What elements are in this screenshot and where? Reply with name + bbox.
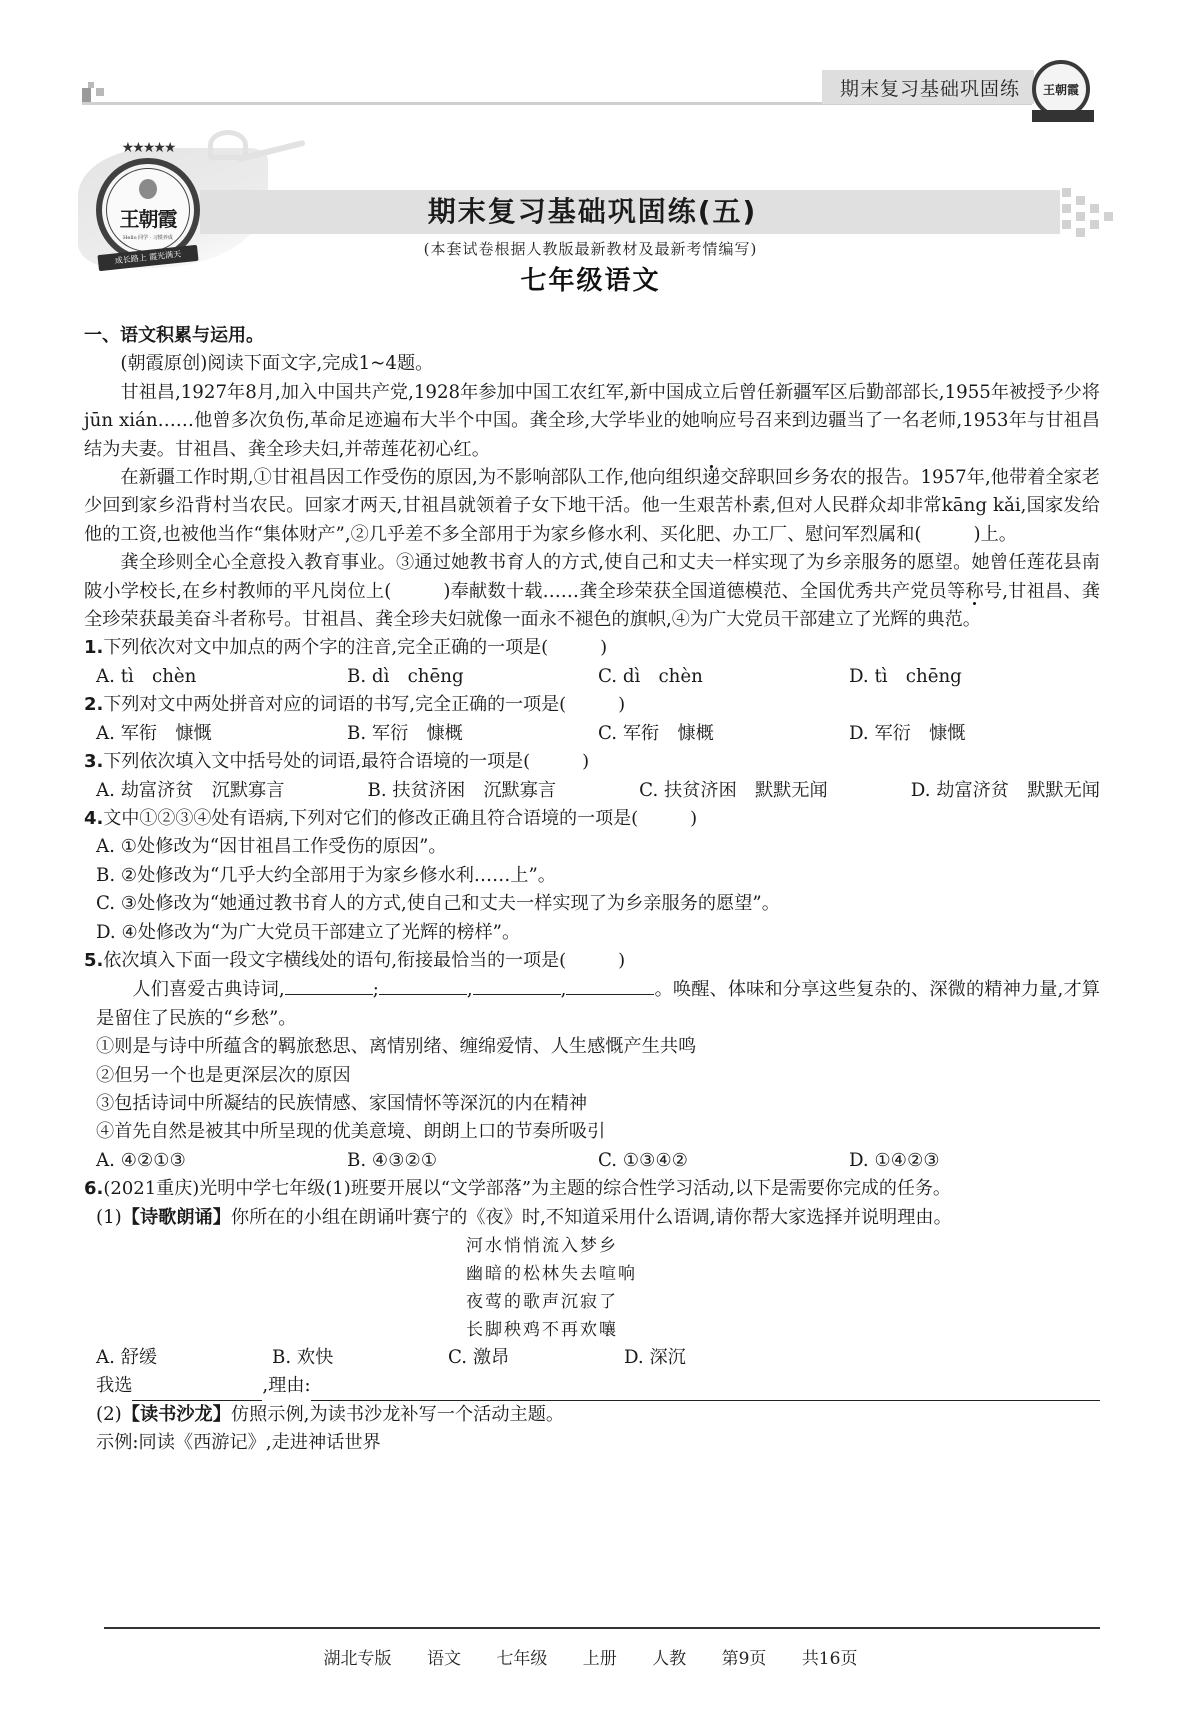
logo-stars-icon: ★★★★★ (108, 140, 188, 156)
question-number: 1. (84, 637, 103, 658)
option-a[interactable]: A. ④②①③ (96, 1147, 347, 1175)
section-heading: 一、语文积累与运用。 (84, 322, 1100, 350)
reason-label: ,理由: (262, 1372, 310, 1400)
subtask-label: 【读书沙龙】 (122, 1404, 231, 1425)
options-q1: A. tì chèn B. dì chēng C. dì chèn D. tì … (84, 663, 1100, 691)
sentence-2: ②但另一个也是更深层次的原因 (84, 1062, 1100, 1090)
option-b[interactable]: B. 欢快 (272, 1344, 448, 1372)
passage-paragraph-2: 在新疆工作时期,①甘祖昌因工作受伤的原因,为不影响部队工作,他向组织递交辞职回乡… (84, 464, 1100, 549)
answer-line: 我选 ,理由: (84, 1372, 1100, 1400)
footer-grade: 七年级 (496, 1649, 547, 1669)
option-a[interactable]: A. 劫富济贫 沉默寡言 (96, 777, 284, 805)
footer-rule (104, 1627, 1100, 1629)
document-grade: 七年级语文 (0, 260, 1181, 297)
question-stem-end: ) (582, 751, 589, 772)
subtask-text: 你所在的小组在朗诵叶赛宁的《夜》时,不知道采用什么语调,请你帮大家选择并说明理由… (231, 1207, 952, 1228)
question-stem-end: ) (618, 950, 625, 971)
options-q5: A. ④②①③ B. ④③②① C. ①③④② D. ①④②③ (84, 1147, 1100, 1175)
question-stem-end: ) (690, 808, 697, 829)
footer-edition: 湖北专版 (324, 1649, 392, 1669)
answer-prefix: 我选 (96, 1372, 132, 1400)
question-number: 6. (84, 1178, 103, 1199)
subtask-prefix: (1) (96, 1207, 122, 1228)
poem: 河水悄悄流入梦乡 幽暗的松林失去喧响 夜莺的歌声沉寂了 长脚秧鸡不再欢嚷 (84, 1232, 1100, 1344)
option-c[interactable]: C. dì chèn (598, 663, 849, 691)
option-c[interactable]: C. ①③④② (598, 1147, 849, 1175)
question-1: 1.下列依次对文中加点的两个字的注音,完全正确的一项是() (84, 634, 1100, 662)
running-header-label: 期末复习基础巩固练 (822, 70, 1034, 104)
question-2: 2.下列对文中两处拼音对应的词语的书写,完全正确的一项是() (84, 691, 1100, 719)
fill-passage: 人们喜爱古典诗词,;,,。唤醒、体味和分享这些复杂的、深微的精神力量,才算是留住… (84, 975, 1100, 1033)
option-d[interactable]: D. tì chēng (849, 663, 1100, 691)
subtask-prefix: (2) (96, 1404, 122, 1425)
option-d[interactable]: D. 军衍 慷慨 (849, 720, 1100, 748)
question-stem: 依次填入下面一段文字横线处的语句,衔接最恰当的一项是( (103, 950, 566, 971)
corner-decoration (82, 88, 91, 102)
question-number: 3. (84, 751, 103, 772)
options-q2: A. 军衔 慷慨 B. 军衍 慷概 C. 军衔 慷概 D. 军衍 慷慨 (84, 720, 1100, 748)
option-d[interactable]: D. 深沉 (624, 1344, 800, 1372)
question-stem: 下列对文中两处拼音对应的词语的书写,完全正确的一项是( (103, 694, 566, 715)
reason-blank[interactable] (311, 1379, 1100, 1401)
document-title: 期末复习基础巩固练(五) (0, 190, 1181, 234)
blank-line-3[interactable] (473, 975, 561, 995)
option-b[interactable]: B. 军衍 慷概 (347, 720, 598, 748)
options-q6-1: A. 舒缓 B. 欢快 C. 激昂 D. 深沉 (84, 1344, 1100, 1372)
example-text: 示例:同读《西游记》,走进神话世界 (84, 1429, 1100, 1457)
option-b[interactable]: B. 扶贫济困 沉默寡言 (367, 777, 556, 805)
option-d[interactable]: D. ④处修改为“为广大党员干部建立了光辉的榜样”。 (84, 919, 1100, 947)
sentence-4: ④首先自然是被其中所呈现的优美意境、朗朗上口的节奏所吸引 (84, 1118, 1100, 1146)
question-3: 3.下列依次填入文中括号处的词语,最符合语境的一项是() (84, 748, 1100, 776)
dotted-character: 称 (965, 581, 983, 602)
question-number: 2. (84, 694, 103, 715)
option-c[interactable]: C. 军衔 慷概 (598, 720, 849, 748)
blank-line-4[interactable] (566, 975, 654, 995)
passage-text: )上。 (974, 524, 1017, 545)
question-stem-end: ) (618, 694, 625, 715)
option-c[interactable]: C. 扶贫济困 默默无闻 (639, 777, 828, 805)
question-4: 4.文中①②③④处有语病,下列对它们的修改正确且符合语境的一项是() (84, 805, 1100, 833)
options-q3: A. 劫富济贫 沉默寡言 B. 扶贫济困 沉默寡言 C. 扶贫济困 默默无闻 D… (84, 777, 1100, 805)
option-d[interactable]: D. 劫富济贫 默默无闻 (911, 777, 1100, 805)
footer-volume: 上册 (583, 1649, 617, 1669)
option-c[interactable]: C. 激昂 (448, 1344, 624, 1372)
question-stem: 文中①②③④处有语病,下列对它们的修改正确且符合语境的一项是( (103, 808, 638, 829)
exam-content: 一、语文积累与运用。 (朝霞原创)阅读下面文字,完成1~4题。 甘祖昌,1927… (84, 322, 1100, 1458)
option-d[interactable]: D. ①④②③ (849, 1147, 1100, 1175)
subtask-2: (2)【读书沙龙】仿照示例,为读书沙龙补写一个活动主题。 (84, 1401, 1100, 1429)
subtask-1: (1)【诗歌朗诵】你所在的小组在朗诵叶赛宁的《夜》时,不知道采用什么语调,请你帮… (84, 1204, 1100, 1232)
question-number: 5. (84, 950, 103, 971)
document-subtitle: (本套试卷根据人教版最新教材及最新考情编写) (0, 238, 1181, 259)
footer-subject: 语文 (427, 1649, 461, 1669)
question-stem-end: ) (600, 637, 607, 658)
mini-logo-ribbon (1032, 110, 1094, 122)
sentence-3: ③包括诗词中所凝结的民族情感、家国情怀等深沉的内在精神 (84, 1090, 1100, 1118)
question-stem: 下列依次填入文中括号处的词语,最符合语境的一项是( (103, 751, 530, 772)
question-number: 4. (84, 808, 103, 829)
option-a[interactable]: A. tì chèn (96, 663, 347, 691)
option-a[interactable]: A. 舒缓 (96, 1344, 272, 1372)
option-a[interactable]: A. 军衔 慷慨 (96, 720, 347, 748)
corner-decoration (96, 88, 104, 96)
question-6: 6.(2021重庆)光明中学七年级(1)班要开展以“文学部落”为主题的综合性学习… (84, 1175, 1100, 1203)
subtask-label: 【诗歌朗诵】 (122, 1207, 231, 1228)
option-b[interactable]: B. dì chēng (347, 663, 598, 691)
corner-decoration (88, 82, 94, 88)
blank-line-2[interactable] (379, 975, 467, 995)
reading-instruction: (朝霞原创)阅读下面文字,完成1~4题。 (84, 350, 1100, 378)
passage-text: 在新疆工作时期,①甘祖昌因工作受伤的原因,为不影响部队工作,他向组织 (120, 467, 702, 488)
dotted-character: 递 (702, 467, 720, 488)
passage-paragraph-1: 甘祖昌,1927年8月,加入中国共产党,1928年参加中国工农红军,新中国成立后… (84, 379, 1100, 464)
poem-line: 夜莺的歌声沉寂了 (466, 1288, 1100, 1316)
separator: 。 (654, 979, 672, 1000)
option-a[interactable]: A. ①处修改为“因甘祖昌工作受伤的原因”。 (84, 833, 1100, 861)
option-c[interactable]: C. ③处修改为“她通过教书育人的方式,使自己和丈夫一样实现了为乡亲服务的愿望”… (84, 890, 1100, 918)
passage-paragraph-3: 龚全珍则全心全意投入教育事业。③通过她教书育人的方式,使自己和丈夫一样实现了为乡… (84, 549, 1100, 634)
question-5: 5.依次填入下面一段文字横线处的语句,衔接最恰当的一项是() (84, 947, 1100, 975)
choice-blank[interactable] (132, 1379, 262, 1401)
question-stem: (2021重庆)光明中学七年级(1)班要开展以“文学部落”为主题的综合性学习活动… (103, 1178, 950, 1199)
page-footer: 湖北专版 语文 七年级 上册 人教 第9页 共16页 (0, 1644, 1181, 1669)
mini-logo-text: 王朝霞 (1043, 81, 1079, 98)
option-b[interactable]: B. ④③②① (347, 1147, 598, 1175)
footer-total-pages: 共16页 (802, 1649, 858, 1669)
blank-line-1[interactable] (285, 975, 373, 995)
question-stem: 下列依次对文中加点的两个字的注音,完全正确的一项是( (103, 637, 548, 658)
subtask-text: 仿照示例,为读书沙龙补写一个活动主题。 (231, 1404, 564, 1425)
passage-text: 人们喜爱古典诗词, (132, 979, 284, 1000)
poem-line: 长脚秧鸡不再欢嚷 (466, 1316, 1100, 1344)
poem-line: 幽暗的松林失去喧响 (466, 1260, 1100, 1288)
mini-logo: 王朝霞 (1032, 60, 1090, 118)
footer-publisher: 人教 (652, 1649, 686, 1669)
poem-line: 河水悄悄流入梦乡 (466, 1232, 1100, 1260)
footer-page: 第9页 (722, 1649, 767, 1669)
sentence-1: ①则是与诗中所蕴含的羁旅愁思、离情别绪、缠绵爱情、人生感慨产生共鸣 (84, 1033, 1100, 1061)
passage-text: )奉献数十载……龚全珍荣获全国道德模范、全国优秀共产党员等 (443, 581, 965, 602)
option-b[interactable]: B. ②处修改为“几乎大约全部用于为家乡修水利……上”。 (84, 862, 1100, 890)
